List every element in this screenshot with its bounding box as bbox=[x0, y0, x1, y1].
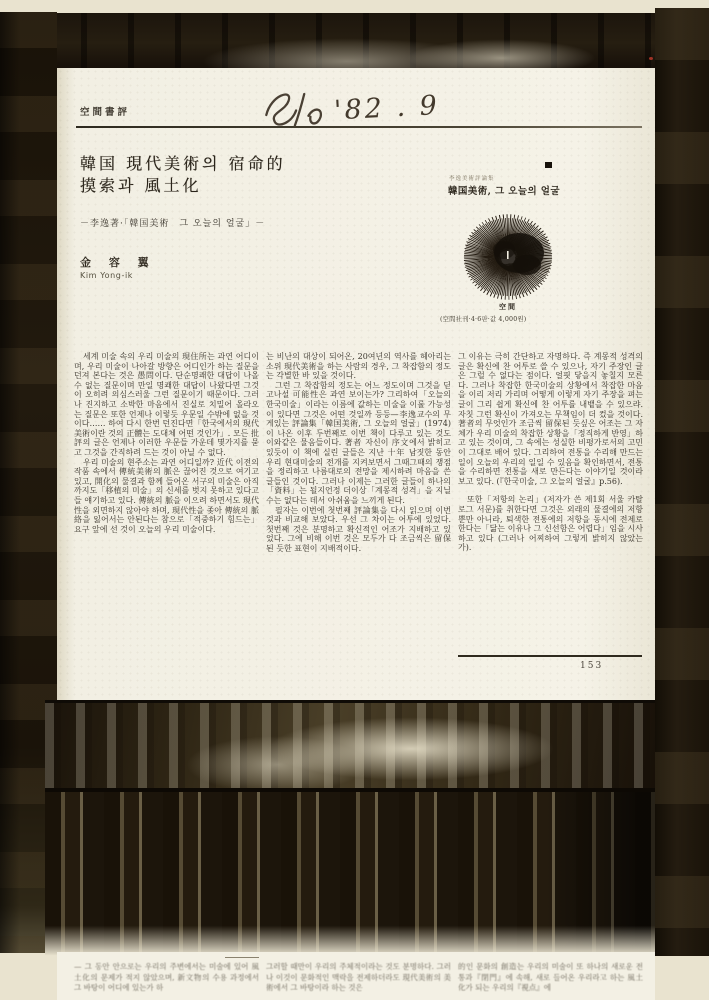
handwritten-date-text: '82 . 9 bbox=[333, 90, 440, 126]
article-title: 韓国 現代美術의 宿命的 摸索과 風土化 bbox=[80, 153, 286, 197]
scanned-review-page: 空間書評 '82 . 9 韓国 現代美術의 宿命的 摸索과 風土化 －李逸著·「… bbox=[0, 0, 709, 1000]
author-romanization: Kim Yong-ik bbox=[80, 271, 133, 280]
fragment-column-2: 그러할 때만이 우리의 주체적이라는 것도 분명하다. 그러나 이것이 문화적인… bbox=[266, 962, 451, 998]
photocopy-band-right bbox=[655, 8, 709, 956]
fragment-rule bbox=[225, 957, 259, 958]
starburst-center-sliver bbox=[507, 251, 509, 259]
handwriting-scribble bbox=[265, 93, 321, 127]
body-paragraph: 그 이유는 극히 간단하고 자명하다. 즉 계몽적 성격의 글은 확신에 찬 어… bbox=[458, 352, 643, 486]
red-mark bbox=[649, 57, 653, 60]
book-title: 韓国美術, 그 오늘의 얼굴 bbox=[448, 183, 560, 197]
photocopy-band-lower bbox=[45, 788, 655, 959]
body-paragraph: 그런 그 착잡함의 정도는 어느 정도이며 그것을 딛고나설 可能性은 과연 보… bbox=[266, 381, 451, 506]
book-cover-starburst bbox=[457, 210, 559, 308]
fragment-column-3: 的인 문화의 創造는 우리의 미술이 또 하나의 새로운 전통과『閉門』에 속해… bbox=[458, 962, 643, 998]
body-column-3: 그 이유는 극히 간단하고 자명하다. 즉 계몽적 성격의 글은 확신에 찬 어… bbox=[458, 352, 643, 659]
author-name: 金 容 翼 bbox=[80, 254, 156, 270]
publisher-mark: 空間 bbox=[457, 302, 559, 312]
column-end-rule bbox=[458, 655, 642, 657]
article-title-line2: 摸索과 風土化 bbox=[80, 175, 286, 197]
body-column-1: 세계 미술 속의 우리 미술의 現住所는 과연 어디이며, 우리 미술이 나아갈… bbox=[74, 352, 259, 659]
fragment-column-1: — 그 동안 안으로는 우리의 주변에서는 미술에 있어 風土化의 문제가 적지… bbox=[74, 962, 259, 998]
body-paragraph: 또한「저항의 논리」(저자가 쓴 제1회 서울 카탈로그 서문)를 취한다면 그… bbox=[458, 495, 643, 553]
body-column-2: 는 비난의 대상이 되어온, 20여년의 역사를 헤아리는 소위 現代美術을 하… bbox=[266, 352, 451, 659]
article-subtitle: －李逸著·「韓国美術 그 오늘의 얼굴」－ bbox=[80, 216, 265, 229]
body-paragraph: 우리 미술의 현주소는 과연 어디일까? 近代 이전의 작품 속에서 傳統美術의… bbox=[74, 458, 259, 535]
photocopy-band-top bbox=[12, 13, 656, 68]
body-paragraph: 필자는 이번에 첫번째 評論集을 다시 읽으며 이번 것과 비교해 보았다. 우… bbox=[266, 506, 451, 554]
photocopy-band-middle bbox=[45, 700, 655, 791]
body-paragraph: 세계 미술 속의 우리 미술의 現住所는 과연 어디이며, 우리 미술이 나아갈… bbox=[74, 352, 259, 458]
book-series-note: 李逸美術評論集 bbox=[449, 174, 495, 182]
body-paragraph: 는 비난의 대상이 되어온, 20여년의 역사를 헤아리는 소위 現代美術을 하… bbox=[266, 352, 451, 381]
page-number: 153 bbox=[580, 661, 603, 671]
book-caption: (空間社刊·4·6판·값 4,000원) bbox=[440, 314, 526, 323]
cover-corner-mark bbox=[545, 162, 552, 168]
handwritten-date: '82 . 9 bbox=[251, 70, 474, 143]
article-title-line1: 韓国 現代美術의 宿命的 bbox=[80, 153, 286, 175]
section-label: 空間書評 bbox=[80, 104, 130, 118]
